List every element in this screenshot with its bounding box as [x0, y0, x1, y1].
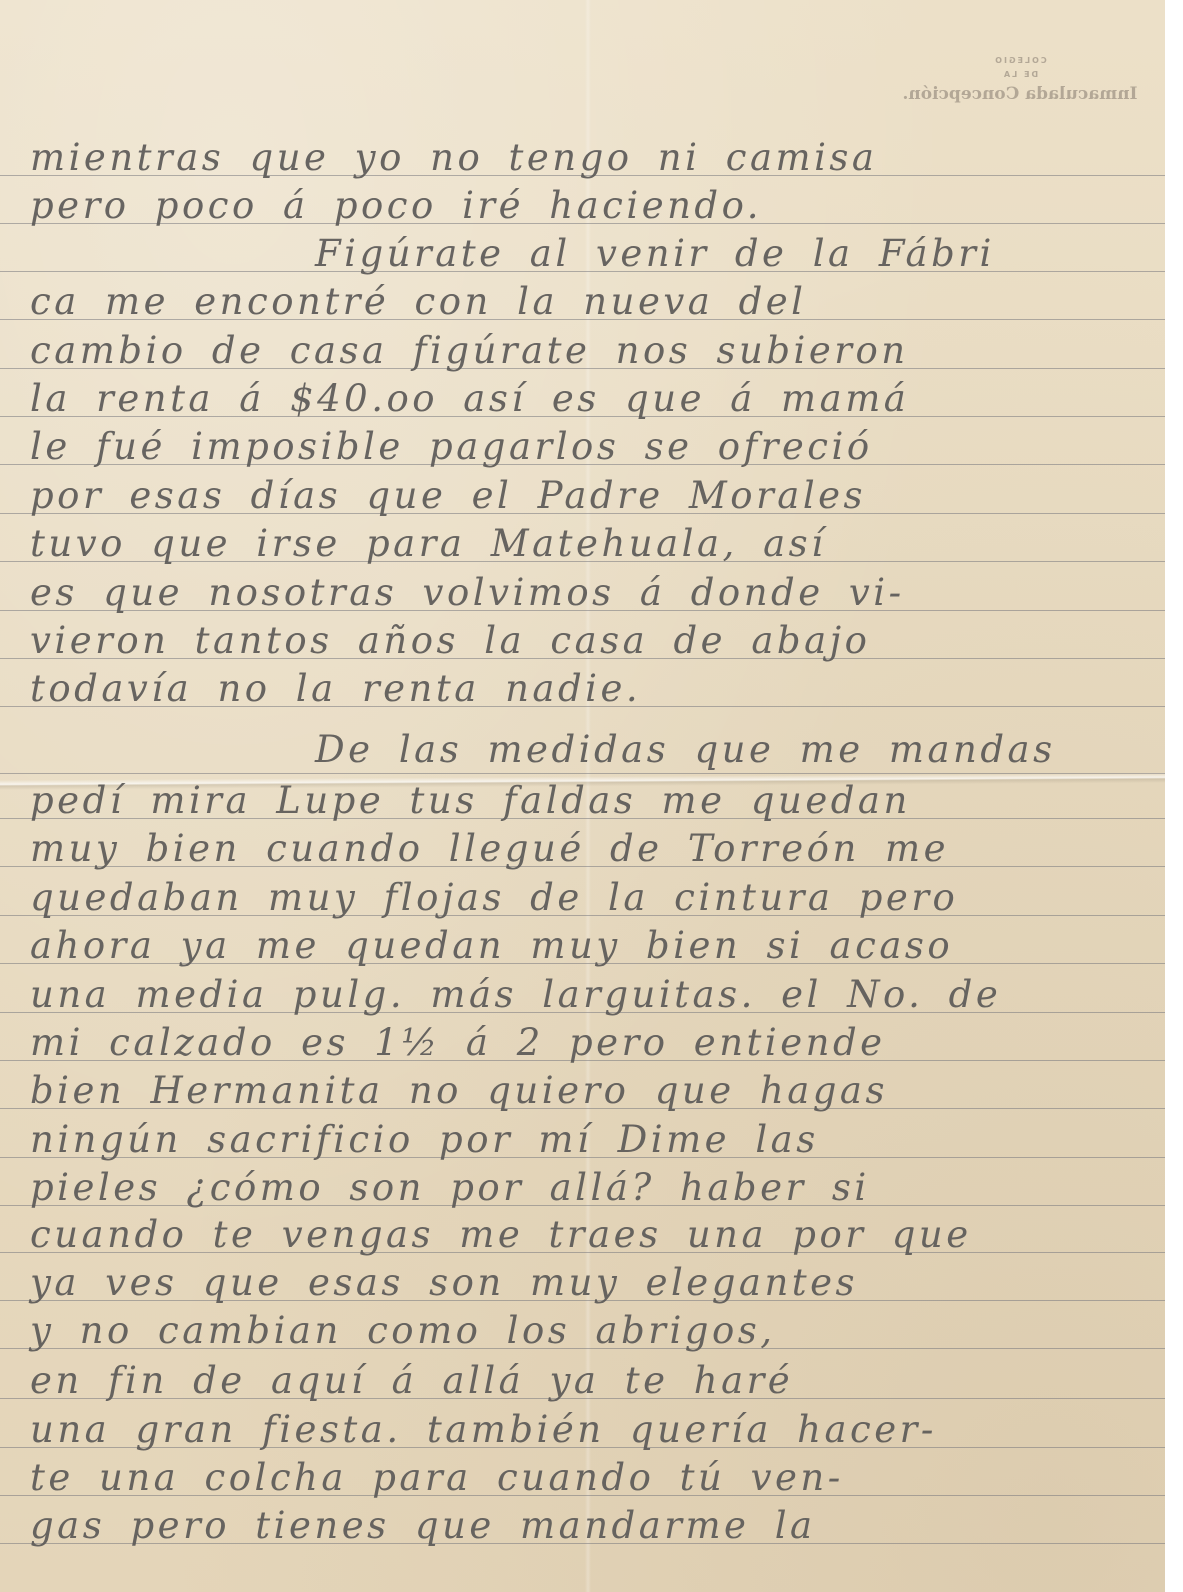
handwritten-line: la renta á $40.oo así es que á mamá [0, 377, 1165, 421]
handwritten-line: le fué imposible pagarlos se ofreció [0, 425, 1165, 469]
handwritten-line: ahora ya me quedan muy bien si acaso [0, 924, 1165, 968]
handwritten-line: es que nosotras volvimos á donde vi- [0, 571, 1165, 615]
handwritten-line: cambio de casa figúrate nos subieron [0, 329, 1165, 373]
letterhead-showthrough: COLEGIO DE LA Inmaculada Concepción. [930, 54, 1110, 106]
handwritten-line: en fin de aquí á allá ya te haré [0, 1359, 1165, 1403]
handwritten-line: te una colcha para cuando tú ven- [0, 1456, 1165, 1500]
handwritten-line: Figúrate al venir de la Fábri [0, 232, 1165, 276]
handwritten-line: vieron tantos años la casa de abajo [0, 619, 1165, 663]
handwritten-line: tuvo que irse para Matehuala, así [0, 522, 1165, 566]
handwritten-line: todavía no la renta nadie. [0, 667, 1165, 711]
handwritten-line: una gran fiesta. también quería hacer- [0, 1408, 1165, 1452]
handwritten-line: ningún sacrificio por mí Dime las [0, 1118, 1165, 1162]
scan-margin [1165, 0, 1183, 1592]
handwritten-line: pedí mira Lupe tus faldas me quedan [0, 779, 1165, 823]
handwritten-line: por esas días que el Padre Morales [0, 474, 1165, 518]
handwritten-line: gas pero tienes que mandarme la [0, 1504, 1165, 1548]
handwritten-line: mientras que yo no tengo ni camisa [0, 136, 1165, 180]
handwritten-line: De las medidas que me mandas [0, 728, 1165, 772]
handwritten-line: pieles ¿cómo son por allá? haber si [0, 1166, 1165, 1210]
handwritten-line: muy bien cuando llegué de Torreón me [0, 827, 1165, 871]
handwritten-line: y no cambian como los abrigos, [0, 1309, 1165, 1353]
handwritten-line: una media pulg. más larguitas. el No. de [0, 973, 1165, 1017]
handwritten-line: pero poco á poco iré haciendo. [0, 184, 1165, 228]
handwritten-line: mi calzado es 1½ á 2 pero entiende [0, 1021, 1165, 1065]
handwritten-line: cuando te vengas me traes una por que [0, 1213, 1165, 1257]
letterhead-line-1: COLEGIO [930, 54, 1110, 68]
letterhead-line-2: DE LA [930, 68, 1110, 82]
letterhead-line-3: Inmaculada Concepción. [890, 82, 1150, 106]
handwritten-line: ca me encontré con la nueva del [0, 280, 1165, 324]
handwritten-line: bien Hermanita no quiero que hagas [0, 1069, 1165, 1113]
handwritten-line: quedaban muy flojas de la cintura pero [0, 876, 1165, 920]
handwritten-line: ya ves que esas son muy elegantes [0, 1261, 1165, 1305]
letter-page: COLEGIO DE LA Inmaculada Concepción. mie… [0, 0, 1165, 1592]
